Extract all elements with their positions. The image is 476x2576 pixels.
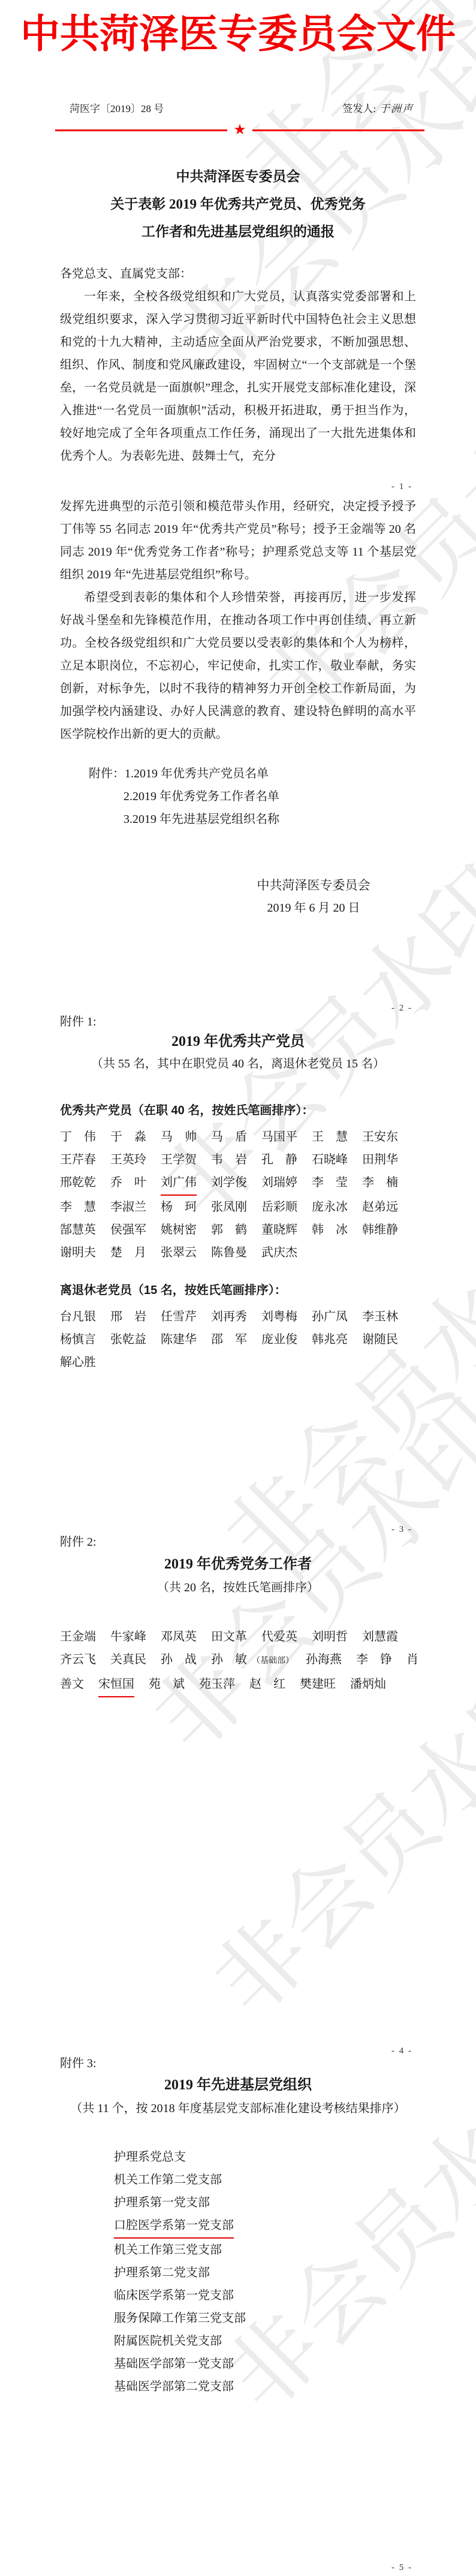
highlighted-org-item: 口腔医学系第一党支部 <box>114 2214 234 2239</box>
person-name: 田荆华 <box>362 1148 398 1171</box>
org-list-line: 机关工作第三党支部 <box>114 2239 416 2261</box>
person-name: 马 帅 <box>161 1126 197 1148</box>
person-name: 苑玉萍 <box>199 1673 235 1696</box>
org-item: 附属医院机关党支部 <box>114 2330 222 2352</box>
person-name: 关真民 <box>110 1648 146 1671</box>
letterhead-title: 中共菏泽医专委员会文件 <box>0 1 476 68</box>
person-name: 于 淼 <box>110 1126 146 1148</box>
org-list-line: 基础医学部第一党支部 <box>114 2352 416 2375</box>
red-divider: ★ <box>55 123 424 137</box>
person-name: 赵弟远 <box>362 1196 398 1218</box>
body-text-page1: 各党总支、直属党支部： 一年来，全校各级党组织和广大党员，认真落实党委部署和上级… <box>60 263 416 467</box>
attachment2-title: 2019 年优秀党务工作者 <box>60 1555 416 1574</box>
person-name: 王英玲 <box>110 1148 146 1171</box>
name-row: 邢乾乾乔 叶刘广伟刘学俊刘瑞婷李 莹李 楠 <box>60 1171 416 1196</box>
person-name: 刘明哲 <box>312 1625 348 1648</box>
person-name: 岳彩顺 <box>261 1196 297 1218</box>
paragraph: 希望受到表彰的集体和个人珍惜荣誉，再接再厉，进一步发挥好战斗堡垒和先锋模范作用，… <box>60 586 416 746</box>
person-name: 王金端 <box>60 1625 96 1648</box>
person-name: 苑 斌 <box>149 1673 185 1696</box>
person-name: 李玉林 <box>362 1305 398 1328</box>
person-name: 刘粤梅 <box>261 1305 297 1328</box>
title-line: 关于表彰 2019 年优秀共产党员、优秀党务 <box>60 191 416 218</box>
person-name: 李 慧 <box>60 1196 96 1218</box>
person-name: 台凡银 <box>60 1305 96 1328</box>
signature-date: 2019 年 6 月 20 日 <box>245 897 382 919</box>
person-name: 武庆杰 <box>261 1241 297 1264</box>
person-name: 孙海燕 <box>306 1648 342 1671</box>
name-row: 齐云飞关真民孙 战孙 敏（基础部）孙海燕李 铮肖 <box>60 1648 416 1673</box>
person-name: 刘瑞婷 <box>261 1171 297 1194</box>
signature-block: 中共菏泽医专委员会 2019 年 6 月 20 日 <box>245 874 382 919</box>
person-name: 孙 敏 <box>211 1648 247 1671</box>
attachment2-label: 附件 2: <box>60 1534 416 1550</box>
salutation: 各党总支、直属党支部： <box>60 263 416 285</box>
person-name: 杨慎言 <box>60 1328 96 1351</box>
name-row: 王芹春王英玲王学贺韦 岩孔 静石晓峰田荆华 <box>60 1148 416 1171</box>
person-name: 韦 岩 <box>211 1148 247 1171</box>
attachment3-label: 附件 3: <box>60 2056 416 2071</box>
person-name: 张翠云 <box>161 1241 197 1264</box>
person-name: 李淑兰 <box>110 1196 146 1218</box>
name-row: 郜慧英侯强军姚树密郭 鹤董晓辉韩 冰韩维静 <box>60 1218 416 1241</box>
person-name: 王学贺 <box>161 1148 197 1171</box>
highlighted-person-name: 刘广伟 <box>161 1171 197 1196</box>
org-list-line: 临床医学系第一党支部 <box>114 2284 416 2307</box>
name-annotation: （基础部） <box>252 1650 294 1673</box>
document-page: 中共菏泽医专委员会文件 菏医字〔2019〕28 号 签发人:于洲声 ★ 中共菏泽… <box>0 0 476 2576</box>
person-name: 陈鲁曼 <box>211 1241 247 1264</box>
attachment1-title: 2019 年优秀共产党员 <box>60 1032 416 1051</box>
page-number: - 2 - <box>60 1001 416 1015</box>
person-name: 张乾益 <box>110 1328 146 1351</box>
paragraph: 发挥先进典型的示范引领和模范带头作用，经研究，决定授予授予丁伟等 55 名同志 … <box>60 495 416 586</box>
org-list-line: 护理系第二党支部 <box>114 2261 416 2284</box>
doc-number-row: 菏医字〔2019〕28 号 签发人:于洲声 <box>60 102 416 116</box>
person-name: 王 慧 <box>312 1126 348 1148</box>
person-name: 刘再秀 <box>211 1305 247 1328</box>
person-name: 张凤刚 <box>211 1196 247 1218</box>
divider-line <box>252 129 424 131</box>
person-name: 孙 战 <box>161 1648 197 1671</box>
org-item: 机关工作第三党支部 <box>114 2239 222 2261</box>
attachment1-subtitle: （共 55 名，其中在职党员 40 名，离退休老党员 15 名） <box>60 1055 416 1073</box>
name-row: 丁 伟于 淼马 帅马 盾马国平王 慧王安东 <box>60 1126 416 1148</box>
person-name: 孙广凤 <box>312 1305 348 1328</box>
org-item: 基础医学部第一党支部 <box>114 2352 234 2375</box>
page-number: - 5 - <box>60 2560 416 2575</box>
group1-name-rows: 丁 伟于 淼马 帅马 盾马国平王 慧王安东王芹春王英玲王学贺韦 岩孔 静石晓峰田… <box>60 1126 416 1264</box>
person-name: 解心胜 <box>60 1351 96 1374</box>
person-name: 赵 红 <box>249 1673 285 1696</box>
person-name: 齐云飞 <box>60 1648 96 1671</box>
person-name: 牛家峰 <box>110 1625 146 1648</box>
org-list-line: 附属医院机关党支部 <box>114 2330 416 2352</box>
attachment-line: 附件：1.2019 年优秀共产党员名单 <box>89 762 416 785</box>
attachments-label: 附件： <box>89 767 125 780</box>
person-name: 李 莹 <box>312 1171 348 1194</box>
person-name: 肖 <box>406 1648 418 1671</box>
attachment3-subtitle: （共 11 个，按 2018 年度基层党支部标准化建设考核结果排序） <box>60 2100 416 2117</box>
person-name: 韩维静 <box>362 1218 398 1241</box>
person-name: 王安东 <box>362 1126 398 1148</box>
name-row: 解心胜 <box>60 1351 416 1374</box>
attachment2-subtitle: （共 20 名，按姓氏笔画排序） <box>60 1579 416 1597</box>
org-item: 护理系第二党支部 <box>114 2261 210 2284</box>
issuer-signature: 于洲声 <box>379 103 414 114</box>
person-name: 邵 军 <box>211 1328 247 1351</box>
org-item: 基础医学部第二党支部 <box>114 2375 234 2398</box>
name-row: 谢明夫楚 月张翠云陈鲁曼武庆杰 <box>60 1241 416 1264</box>
person-name: 潘炳灿 <box>350 1673 386 1696</box>
person-name: 郭 鹤 <box>211 1218 247 1241</box>
person-name: 邓凤英 <box>161 1625 197 1648</box>
person-name: 善文 <box>60 1673 84 1696</box>
attachments-list: 附件：1.2019 年优秀共产党员名单 2.2019 年优秀党务工作者名单 3.… <box>89 762 416 831</box>
attachment2-name-rows: 王金端牛家峰邓凤英田文革代爱英刘明哲刘慧霞齐云飞关真民孙 战孙 敏（基础部）孙海… <box>60 1625 416 1697</box>
person-name: 杨 珂 <box>161 1196 197 1218</box>
person-name: 樊建旺 <box>300 1673 336 1696</box>
document-title: 中共菏泽医专委员会 关于表彰 2019 年优秀共产党员、优秀党务 工作者和先进基… <box>60 163 416 246</box>
org-item: 护理系党总支 <box>114 2146 186 2168</box>
page-number: - 1 - <box>60 479 416 494</box>
paragraph: 一年来，全校各级党组织和广大党员，认真落实党委部署和上级党组织要求，深入学习贯彻… <box>60 285 416 467</box>
person-name: 郜慧英 <box>60 1218 96 1241</box>
person-name: 孔 静 <box>261 1148 297 1171</box>
person-name: 邢 岩 <box>110 1305 146 1328</box>
divider-line <box>55 129 227 131</box>
person-name: 李 铮 <box>356 1648 392 1671</box>
person-name: 姚树密 <box>161 1218 197 1241</box>
attachment-item: 1.2019 年优秀共产党员名单 <box>125 767 269 780</box>
highlighted-person-name: 宋恒国 <box>98 1673 134 1697</box>
org-list-line: 基础医学部第二党支部 <box>114 2375 416 2398</box>
person-name: 陈建华 <box>161 1328 197 1351</box>
person-name: 乔 叶 <box>110 1171 146 1194</box>
signature-org: 中共菏泽医专委员会 <box>245 874 382 897</box>
person-name: 任雪芹 <box>161 1305 197 1328</box>
group2-name-rows: 台凡银邢 岩任雪芹刘再秀刘粤梅孙广凤李玉林杨慎言张乾益陈建华邵 军庞业俊韩兆亮谢… <box>60 1305 416 1374</box>
org-item: 护理系第一党支部 <box>114 2191 210 2214</box>
person-name: 刘学俊 <box>211 1171 247 1194</box>
org-list-line: 服务保障工作第三党支部 <box>114 2307 416 2330</box>
person-name: 邢乾乾 <box>60 1171 96 1194</box>
person-name: 侯强军 <box>110 1218 146 1241</box>
group2-heading: 离退休老党员（15 名，按姓氏笔画排序）： <box>60 1281 416 1299</box>
org-list-line: 护理系第一党支部 <box>114 2191 416 2214</box>
name-row: 善文宋恒国苑 斌苑玉萍赵 红樊建旺潘炳灿 <box>60 1673 416 1697</box>
title-line: 工作者和先进基层党组织的通报 <box>60 218 416 246</box>
attachment3-title: 2019 年先进基层党组织 <box>60 2076 416 2095</box>
org-item: 临床医学系第一党支部 <box>114 2284 234 2307</box>
name-row: 台凡银邢 岩任雪芹刘再秀刘粤梅孙广凤李玉林 <box>60 1305 416 1328</box>
person-name: 王芹春 <box>60 1148 96 1171</box>
person-name: 楚 月 <box>110 1241 146 1264</box>
attachment-line: 2.2019 年优秀党务工作者名单 <box>89 785 416 808</box>
person-name: 代爱英 <box>261 1625 297 1648</box>
org-list-line: 护理系党总支 <box>114 2146 416 2168</box>
person-name: 谢明夫 <box>60 1241 96 1264</box>
group1-heading: 优秀共产党员（在职 40 名，按姓氏笔画排序）： <box>60 1102 416 1120</box>
attachment1-label: 附件 1: <box>60 1014 416 1030</box>
doc-number: 菏医字〔2019〕28 号 <box>70 102 164 116</box>
title-line: 中共菏泽医专委员会 <box>60 163 416 191</box>
issuer-label: 签发人: <box>342 103 376 114</box>
person-name: 石晓峰 <box>312 1148 348 1171</box>
person-name: 丁 伟 <box>60 1126 96 1148</box>
name-row: 杨慎言张乾益陈建华邵 军庞业俊韩兆亮谢随民 <box>60 1328 416 1351</box>
person-name: 庞业俊 <box>261 1328 297 1351</box>
person-name: 田文革 <box>211 1625 247 1648</box>
person-name: 庞永冰 <box>312 1196 348 1218</box>
name-row: 李 慧李淑兰杨 珂张凤刚岳彩顺庞永冰赵弟远 <box>60 1196 416 1218</box>
attachment3-org-list: 护理系党总支机关工作第二党支部护理系第一党支部口腔医学系第一党支部机关工作第三党… <box>60 2146 416 2398</box>
attachment-line: 3.2019 年先进基层党组织名称 <box>89 808 416 831</box>
person-name: 刘慧霞 <box>362 1625 398 1648</box>
star-icon: ★ <box>233 123 246 137</box>
person-name: 韩兆亮 <box>312 1328 348 1351</box>
org-item: 机关工作第二党支部 <box>114 2168 222 2191</box>
body-text-page2: 发挥先进典型的示范引领和模范带头作用，经研究，决定授予授予丁伟等 55 名同志 … <box>60 495 416 746</box>
person-name: 董晓辉 <box>261 1218 297 1241</box>
org-list-line: 口腔医学系第一党支部 <box>114 2214 416 2239</box>
person-name: 韩 冰 <box>312 1218 348 1241</box>
name-row: 王金端牛家峰邓凤英田文革代爱英刘明哲刘慧霞 <box>60 1625 416 1648</box>
person-name: 马 盾 <box>211 1126 247 1148</box>
person-name: 马国平 <box>261 1126 297 1148</box>
org-list-line: 机关工作第二党支部 <box>114 2168 416 2191</box>
person-name: 谢随民 <box>362 1328 398 1351</box>
issuer: 签发人:于洲声 <box>342 102 414 116</box>
person-name: 李 楠 <box>362 1171 398 1194</box>
org-item: 服务保障工作第三党支部 <box>114 2307 246 2330</box>
